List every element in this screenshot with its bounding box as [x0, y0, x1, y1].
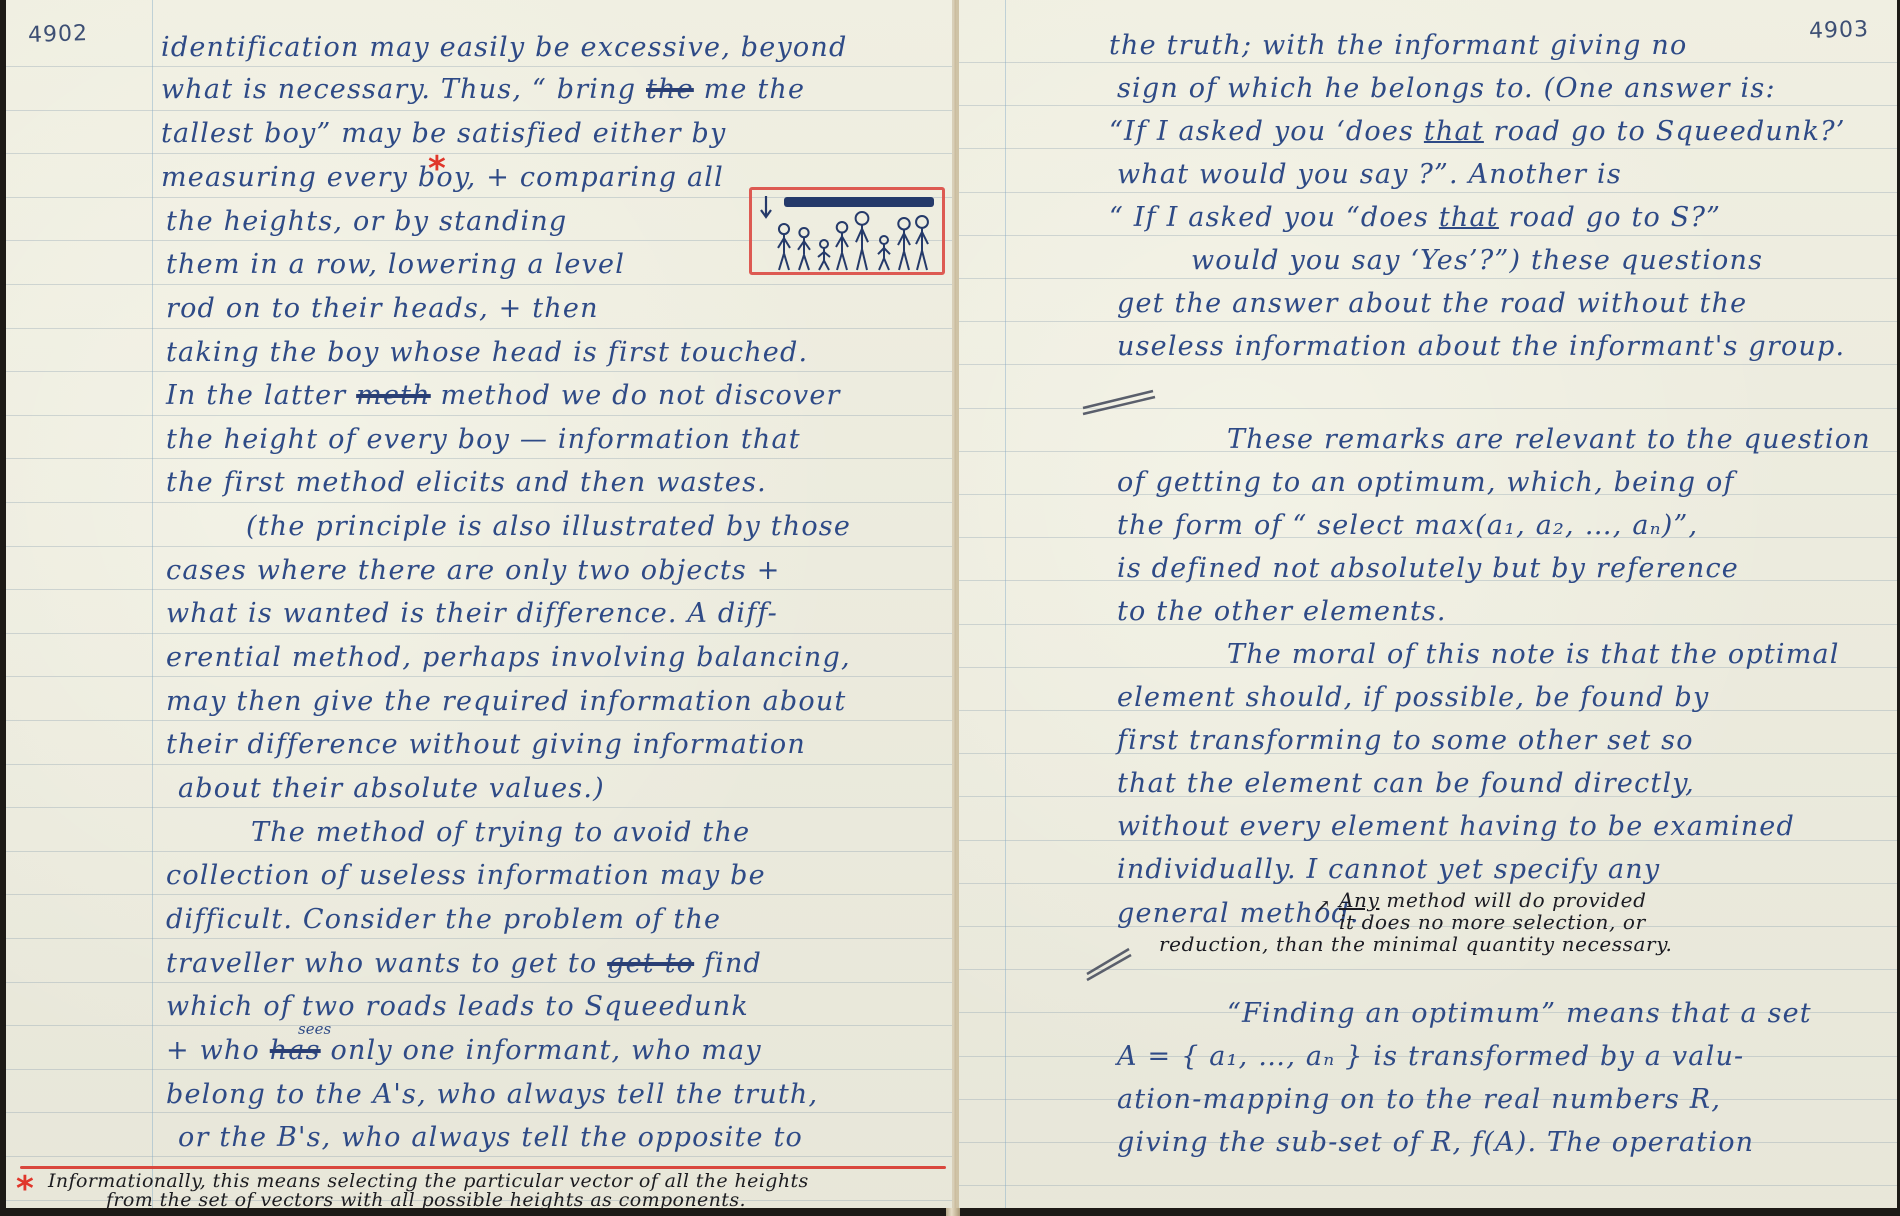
margin-line	[1005, 0, 1006, 1208]
text-line: The moral of this note is that the optim…	[1227, 641, 1840, 668]
ruled-line	[959, 192, 1897, 193]
text-line: These remarks are relevant to the questi…	[1227, 426, 1871, 453]
text-line: without every element having to be exami…	[1117, 813, 1795, 840]
text-line: that the element can be found directly,	[1117, 770, 1695, 797]
ruled-line	[959, 1185, 1897, 1186]
text-line: “If I asked you ‘does that road go to Sq…	[1109, 118, 1846, 145]
level-rod	[784, 197, 934, 207]
right-page: 4903 the truth; with the informant givin…	[956, 0, 1897, 1208]
text-line: + who has only one informant, who may	[166, 1037, 762, 1064]
left-page: 4902 identification may easily be excess…	[6, 0, 954, 1208]
struck-word: meth	[356, 380, 431, 411]
text-line: difficult. Consider the problem of the	[166, 906, 721, 933]
ruled-line	[959, 235, 1897, 236]
ruled-line	[6, 1156, 952, 1157]
text-line: what is wanted is their difference. A di…	[166, 600, 778, 627]
down-arrow-icon	[761, 196, 771, 217]
ruled-line	[6, 328, 952, 329]
ruled-line	[6, 894, 952, 895]
footnote-divider	[20, 1166, 946, 1169]
text-line: the form of “ select max(a₁, a₂, …, aₙ)”…	[1117, 512, 1698, 539]
text-line: individually. I cannot yet specify any	[1117, 856, 1660, 883]
text-line: cases where there are only two objects +	[166, 557, 781, 584]
insertion-line: reduction, than the minimal quantity nec…	[1159, 934, 1672, 954]
text-line: identification may easily be excessive, …	[161, 34, 847, 61]
stick-figure-diagram	[749, 187, 945, 275]
page-number: 4902	[28, 21, 89, 48]
text-line: the truth; with the informant giving no	[1109, 32, 1687, 59]
text-line: erential method, perhaps involving balan…	[166, 644, 851, 671]
text-line: The method of trying to avoid the	[251, 819, 750, 846]
text-line: traveller who wants to get to get to fin…	[166, 950, 762, 977]
text-line: would you say ‘Yes’?”) these questions	[1191, 247, 1763, 274]
stick-figures	[778, 212, 928, 270]
ruled-line	[6, 110, 952, 111]
text-line: them in a row, lowering a level	[166, 251, 625, 278]
text-line: “ If I asked you “does that road go to S…	[1109, 204, 1721, 231]
ruled-line	[6, 676, 952, 677]
text-line: of getting to an optimum, which, being o…	[1117, 469, 1735, 496]
text-line: or the B's, who always tell the opposite…	[178, 1124, 803, 1151]
text-line: tallest boy” may be satisfied either by	[161, 120, 726, 147]
struck-word: has	[270, 1035, 321, 1066]
ruled-line	[6, 458, 952, 459]
ruled-line	[6, 807, 952, 808]
insertion-line: Any method will do provided	[1339, 890, 1647, 910]
text-line: to the other elements.	[1117, 598, 1447, 625]
text-line: giving the sub-set of R, f(A). The opera…	[1117, 1129, 1754, 1156]
text-line: In the latter meth method we do not disc…	[166, 382, 841, 409]
text-line: their difference without giving informat…	[166, 731, 806, 758]
page-number: 4903	[1809, 17, 1870, 44]
text-line: the first method elicits and then wastes…	[166, 469, 767, 496]
ruled-line	[6, 589, 952, 590]
insertion-arrow: ↗	[1314, 896, 1331, 916]
text-line: useless information about the informant'…	[1117, 333, 1845, 360]
text-line: the height of every boy — information th…	[166, 426, 801, 453]
ruled-line	[6, 1025, 952, 1026]
text-line: ation-mapping on to the real numbers R,	[1117, 1086, 1721, 1113]
ruled-line	[6, 284, 952, 285]
struck-word: get to	[607, 948, 694, 979]
text-line: measuring every boy, + comparing all	[161, 164, 724, 191]
ruled-line	[6, 546, 952, 547]
text-line: get the answer about the road without th…	[1117, 290, 1747, 317]
ruled-line	[6, 1112, 952, 1113]
ruled-line	[6, 938, 952, 939]
ruled-line	[959, 278, 1897, 279]
text-line: rod on to their heads, + then	[166, 295, 599, 322]
text-line: the heights, or by standing	[166, 208, 567, 235]
struck-word: the	[646, 74, 694, 105]
ruled-line	[959, 62, 1897, 63]
ruled-line	[6, 371, 952, 372]
ruled-line	[959, 148, 1897, 149]
text-line: taking the boy whose head is first touch…	[166, 339, 808, 366]
ruled-line	[959, 321, 1897, 322]
text-line: (the principle is also illustrated by th…	[246, 513, 851, 540]
text-line: what is necessary. Thus, “ bring the me …	[161, 76, 805, 103]
text-line: what would you say ?”. Another is	[1117, 161, 1622, 188]
ruled-line	[6, 851, 952, 852]
text-line: belong to the A's, who always tell the t…	[166, 1081, 818, 1108]
ruled-line	[6, 764, 952, 765]
text-line: A = { a₁, …, aₙ } is transformed by a va…	[1117, 1043, 1744, 1070]
text-line: which of two roads leads to Squeedunk	[166, 993, 749, 1020]
section-break-mark	[1083, 944, 1143, 984]
ruled-line	[6, 633, 952, 634]
text-line: first transforming to some other set so	[1117, 727, 1694, 754]
ruled-line	[6, 153, 952, 154]
text-line: about their absolute values.)	[178, 775, 605, 802]
text-line: is defined not absolutely but by referen…	[1117, 555, 1739, 582]
text-line: may then give the required information a…	[166, 688, 846, 715]
ruled-line	[6, 415, 952, 416]
ruled-line	[6, 720, 952, 721]
ruled-line	[6, 1069, 952, 1070]
ruled-line	[6, 66, 952, 67]
ruled-line	[959, 105, 1897, 106]
margin-line	[152, 0, 153, 1208]
footnote-line: from the set of vectors with all possibl…	[106, 1191, 746, 1208]
text-line: sign of which he belongs to. (One answer…	[1117, 75, 1776, 102]
text-line: element should, if possible, be found by	[1117, 684, 1709, 711]
boys-under-rod-illustration	[752, 190, 942, 272]
ruled-line	[959, 364, 1897, 365]
section-break-mark	[1079, 388, 1159, 418]
insertion-line: it does no more selection, or	[1339, 912, 1646, 932]
footnote-marker: *	[16, 1172, 34, 1206]
text-line: “Finding an optimum” means that a set	[1227, 1000, 1812, 1027]
text-line: collection of useless information may be	[166, 862, 766, 889]
ruled-line	[6, 982, 952, 983]
ruled-line	[6, 502, 952, 503]
